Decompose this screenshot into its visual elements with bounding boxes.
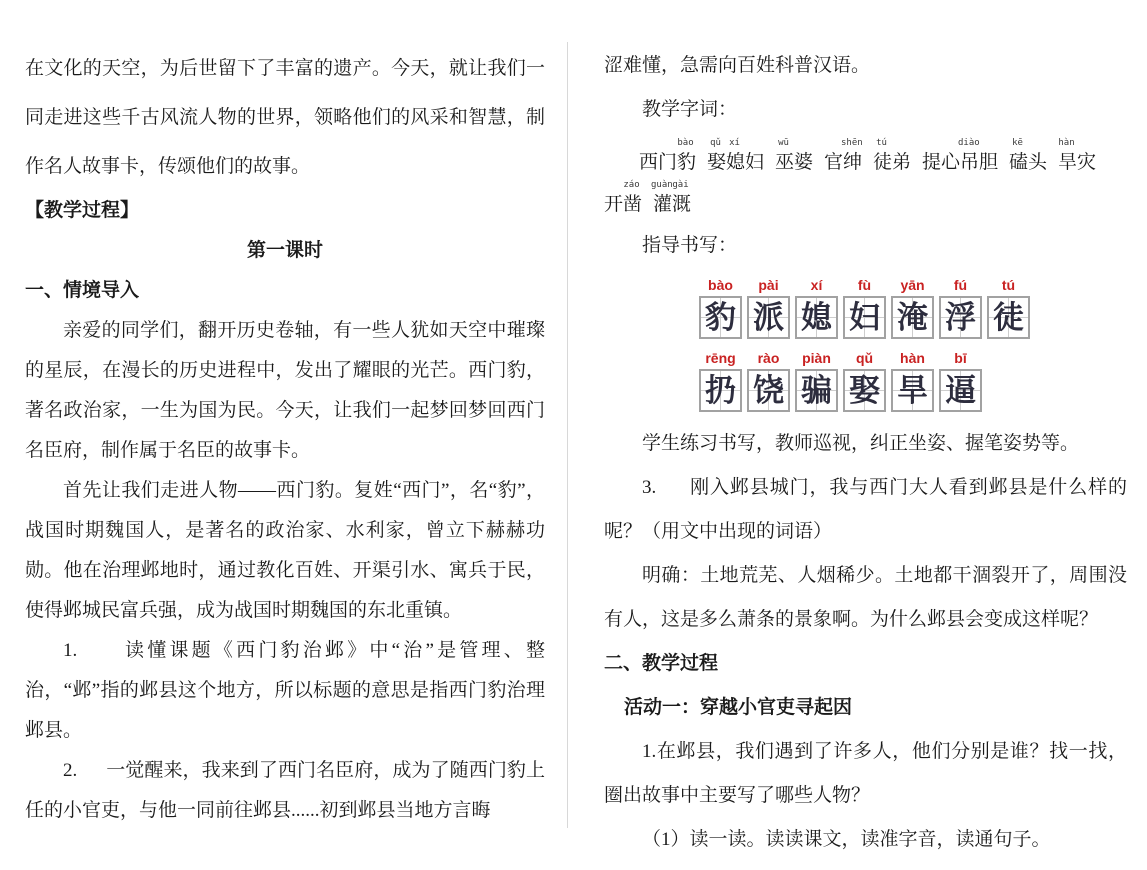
pinyin-label: bào bbox=[699, 276, 742, 296]
tianzige-box: 娶 bbox=[843, 369, 886, 412]
paragraph: 首先让我们走进人物——西门豹。复姓“西门”，名“豹”，战国时期魏国人，是著名的政… bbox=[25, 471, 545, 631]
pinyin-label: piàn bbox=[795, 349, 838, 369]
writing-practice-row: bào豹pài派xí媳fù妇yān淹fú浮tú徒 bbox=[699, 276, 1127, 339]
tianzige-box: 旱 bbox=[891, 369, 934, 412]
writing-cell: rēng扔 bbox=[699, 349, 742, 412]
pinyin-annotation: kē bbox=[1007, 138, 1028, 149]
tianzige-box: 扔 bbox=[699, 369, 742, 412]
pinyin-label: hàn bbox=[891, 349, 934, 369]
pinyin-label: bī bbox=[939, 349, 982, 369]
vocab-word: 官shēn绅 bbox=[824, 138, 862, 176]
writing-cell: bào豹 bbox=[699, 276, 742, 339]
tianzige-box: 豹 bbox=[699, 296, 742, 339]
pinyin-annotation: gài bbox=[670, 180, 691, 191]
pinyin-annotation: tú bbox=[871, 138, 892, 149]
paragraph: （1）读一读。读读课文，读准字音，读通句子。 bbox=[604, 818, 1127, 862]
vocab-word: 开záo凿 bbox=[604, 180, 642, 218]
paragraph: 活动一：穿越小官吏寻起因 bbox=[604, 686, 1127, 730]
tianzige-box: 骗 bbox=[795, 369, 838, 412]
writing-cell: bī逼 bbox=[939, 349, 982, 412]
vocab-word: 提心diào吊胆 bbox=[922, 138, 998, 176]
tianzige-box: 饶 bbox=[747, 369, 790, 412]
vocab-char: záo凿 bbox=[623, 180, 642, 218]
hanzi-char: 官 bbox=[824, 149, 843, 176]
hanzi-char: 开 bbox=[604, 191, 623, 218]
vocab-word-list: 西门bào豹qǔ娶xí媳妇wū巫婆官shēn绅tú徒弟提心diào吊胆kē磕头h… bbox=[604, 138, 1127, 222]
pinyin-label: xí bbox=[795, 276, 838, 296]
writing-cell: piàn骗 bbox=[795, 349, 838, 412]
hanzi-char: 门 bbox=[658, 149, 677, 176]
paragraph: 1.在邺县，我们遇到了许多人，他们分别是谁？找一找，圈出故事中主要写了哪些人物？ bbox=[604, 730, 1127, 818]
hanzi-char: 提 bbox=[922, 149, 941, 176]
hanzi-char: 豹 bbox=[677, 149, 696, 176]
vocab-char: 弟 bbox=[892, 138, 911, 176]
pinyin-annotation: záo bbox=[621, 180, 642, 191]
pinyin-label: fù bbox=[843, 276, 886, 296]
paragraph: 在文化的天空，为后世留下了丰富的遗产。今天，就让我们一同走进这些千古风流人物的世… bbox=[25, 44, 545, 191]
writing-cell: qǔ娶 bbox=[843, 349, 886, 412]
hanzi-char: 灾 bbox=[1077, 149, 1096, 176]
writing-cell: xí媳 bbox=[795, 276, 838, 339]
vocab-word: guàn灌gài溉 bbox=[653, 180, 691, 218]
writing-cell: rào饶 bbox=[747, 349, 790, 412]
vocab-word: wū巫婆 bbox=[775, 138, 813, 176]
paragraph: 指导书写： bbox=[604, 224, 1127, 268]
vocab-char: 头 bbox=[1028, 138, 1047, 176]
paragraph: 涩难懂，急需向百姓科普汉语。 bbox=[604, 44, 1127, 88]
pinyin-label: rào bbox=[747, 349, 790, 369]
pinyin-annotation: shēn bbox=[841, 138, 862, 149]
paragraph: 第一课时 bbox=[25, 231, 545, 271]
hanzi-char: 溉 bbox=[672, 191, 691, 218]
vocab-word: kē磕头 bbox=[1009, 138, 1047, 176]
hanzi-char: 妇 bbox=[745, 149, 764, 176]
vocab-word: qǔ娶xí媳妇 bbox=[707, 138, 764, 176]
pinyin-label: pài bbox=[747, 276, 790, 296]
hanzi-char: 旱 bbox=[1058, 149, 1077, 176]
tianzige-box: 逼 bbox=[939, 369, 982, 412]
tianzige-box: 淹 bbox=[891, 296, 934, 339]
paragraph: 亲爱的同学们，翻开历史卷轴，有一些人犹如天空中璀璨的星辰，在漫长的历史进程中，发… bbox=[25, 311, 545, 471]
pinyin-annotation bbox=[1075, 138, 1096, 149]
hanzi-char: 凿 bbox=[623, 191, 642, 218]
hanzi-char: 西 bbox=[639, 149, 658, 176]
hanzi-char: 巫 bbox=[775, 149, 794, 176]
writing-cell: fú浮 bbox=[939, 276, 982, 339]
column-divider bbox=[567, 42, 568, 828]
pinyin-annotation bbox=[822, 138, 843, 149]
pinyin-annotation: qǔ bbox=[705, 138, 726, 149]
pinyin-annotation: bào bbox=[675, 138, 696, 149]
pinyin-label: qǔ bbox=[843, 349, 886, 369]
pinyin-annotation bbox=[920, 138, 941, 149]
pinyin-annotation: wū bbox=[773, 138, 794, 149]
pinyin-annotation bbox=[792, 138, 813, 149]
pinyin-annotation bbox=[637, 138, 658, 149]
paragraph: 学生练习书写，教师巡视，纠正坐姿、握笔姿势等。 bbox=[604, 422, 1127, 466]
pinyin-label: fú bbox=[939, 276, 982, 296]
document-page: 在文化的天空，为后世留下了丰富的遗产。今天，就让我们一同走进这些千古风流人物的世… bbox=[0, 0, 1147, 870]
pinyin-annotation: guàn bbox=[651, 180, 672, 191]
pinyin-annotation bbox=[743, 138, 764, 149]
left-column: 在文化的天空，为后世留下了丰富的遗产。今天，就让我们一同走进这些千古风流人物的世… bbox=[25, 44, 545, 831]
vocab-char: gài溉 bbox=[672, 180, 691, 218]
writing-cell: fù妇 bbox=[843, 276, 886, 339]
vocab-word: 西门bào豹 bbox=[639, 138, 696, 176]
paragraph: 明确：土地荒芜、人烟稀少。土地都干涸裂开了，周围没有人，这是多么萧条的景象啊。为… bbox=[604, 554, 1127, 642]
tianzige-box: 媳 bbox=[795, 296, 838, 339]
paragraph: 【教学过程】 bbox=[25, 191, 545, 231]
vocab-char: bào豹 bbox=[677, 138, 696, 176]
hanzi-char: 吊 bbox=[960, 149, 979, 176]
vocab-char: 胆 bbox=[979, 138, 998, 176]
pinyin-label: tú bbox=[987, 276, 1030, 296]
writing-cell: hàn旱 bbox=[891, 349, 934, 412]
pinyin-label: yān bbox=[891, 276, 934, 296]
hanzi-char: 娶 bbox=[707, 149, 726, 176]
paragraph: 二、教学过程 bbox=[604, 642, 1127, 686]
vocab-char: 妇 bbox=[745, 138, 764, 176]
hanzi-char: 婆 bbox=[794, 149, 813, 176]
hanzi-char: 胆 bbox=[979, 149, 998, 176]
vocab-word: hàn旱灾 bbox=[1058, 138, 1096, 176]
vocab-char: shēn绅 bbox=[843, 138, 862, 176]
right-column: 涩难懂，急需向百姓科普汉语。教学字词：西门bào豹qǔ娶xí媳妇wū巫婆官shē… bbox=[604, 44, 1127, 862]
pinyin-label: rēng bbox=[699, 349, 742, 369]
pinyin-annotation: xí bbox=[724, 138, 745, 149]
hanzi-char: 弟 bbox=[892, 149, 911, 176]
pinyin-annotation bbox=[939, 138, 960, 149]
paragraph: 一、情境导入 bbox=[25, 271, 545, 311]
paragraph: 3. 刚入邺县城门，我与西门大人看到邺县是什么样的呢？（用文中出现的词语） bbox=[604, 466, 1127, 554]
writing-cell: yān淹 bbox=[891, 276, 934, 339]
hanzi-char: 磕 bbox=[1009, 149, 1028, 176]
tianzige-box: 浮 bbox=[939, 296, 982, 339]
hanzi-char: 心 bbox=[941, 149, 960, 176]
writing-practice-row: rēng扔rào饶piàn骗qǔ娶hàn旱bī逼 bbox=[699, 349, 1127, 412]
paragraph: 2. 一觉醒来，我来到了西门名臣府，成为了随西门豹上任的小官吏，与他一同前往邺县… bbox=[25, 751, 545, 831]
hanzi-char: 媳 bbox=[726, 149, 745, 176]
vocab-char: 灾 bbox=[1077, 138, 1096, 176]
tianzige-box: 派 bbox=[747, 296, 790, 339]
vocab-char: 婆 bbox=[794, 138, 813, 176]
pinyin-annotation bbox=[890, 138, 911, 149]
tianzige-box: 徒 bbox=[987, 296, 1030, 339]
pinyin-annotation bbox=[1026, 138, 1047, 149]
tianzige-box: 妇 bbox=[843, 296, 886, 339]
writing-cell: tú徒 bbox=[987, 276, 1030, 339]
paragraph: 教学字词： bbox=[604, 88, 1127, 132]
hanzi-char: 绅 bbox=[843, 149, 862, 176]
vocab-word: tú徒弟 bbox=[873, 138, 911, 176]
pinyin-annotation: diào bbox=[958, 138, 979, 149]
hanzi-char: 灌 bbox=[653, 191, 672, 218]
pinyin-annotation bbox=[656, 138, 677, 149]
hanzi-char: 头 bbox=[1028, 149, 1047, 176]
pinyin-annotation bbox=[977, 138, 998, 149]
pinyin-annotation bbox=[602, 180, 623, 191]
hanzi-char: 徒 bbox=[873, 149, 892, 176]
paragraph: 1. 读懂课题《西门豹治邺》中“治”是管理、整治，“邺”指的邺县这个地方，所以标… bbox=[25, 631, 545, 751]
writing-cell: pài派 bbox=[747, 276, 790, 339]
pinyin-annotation: hàn bbox=[1056, 138, 1077, 149]
